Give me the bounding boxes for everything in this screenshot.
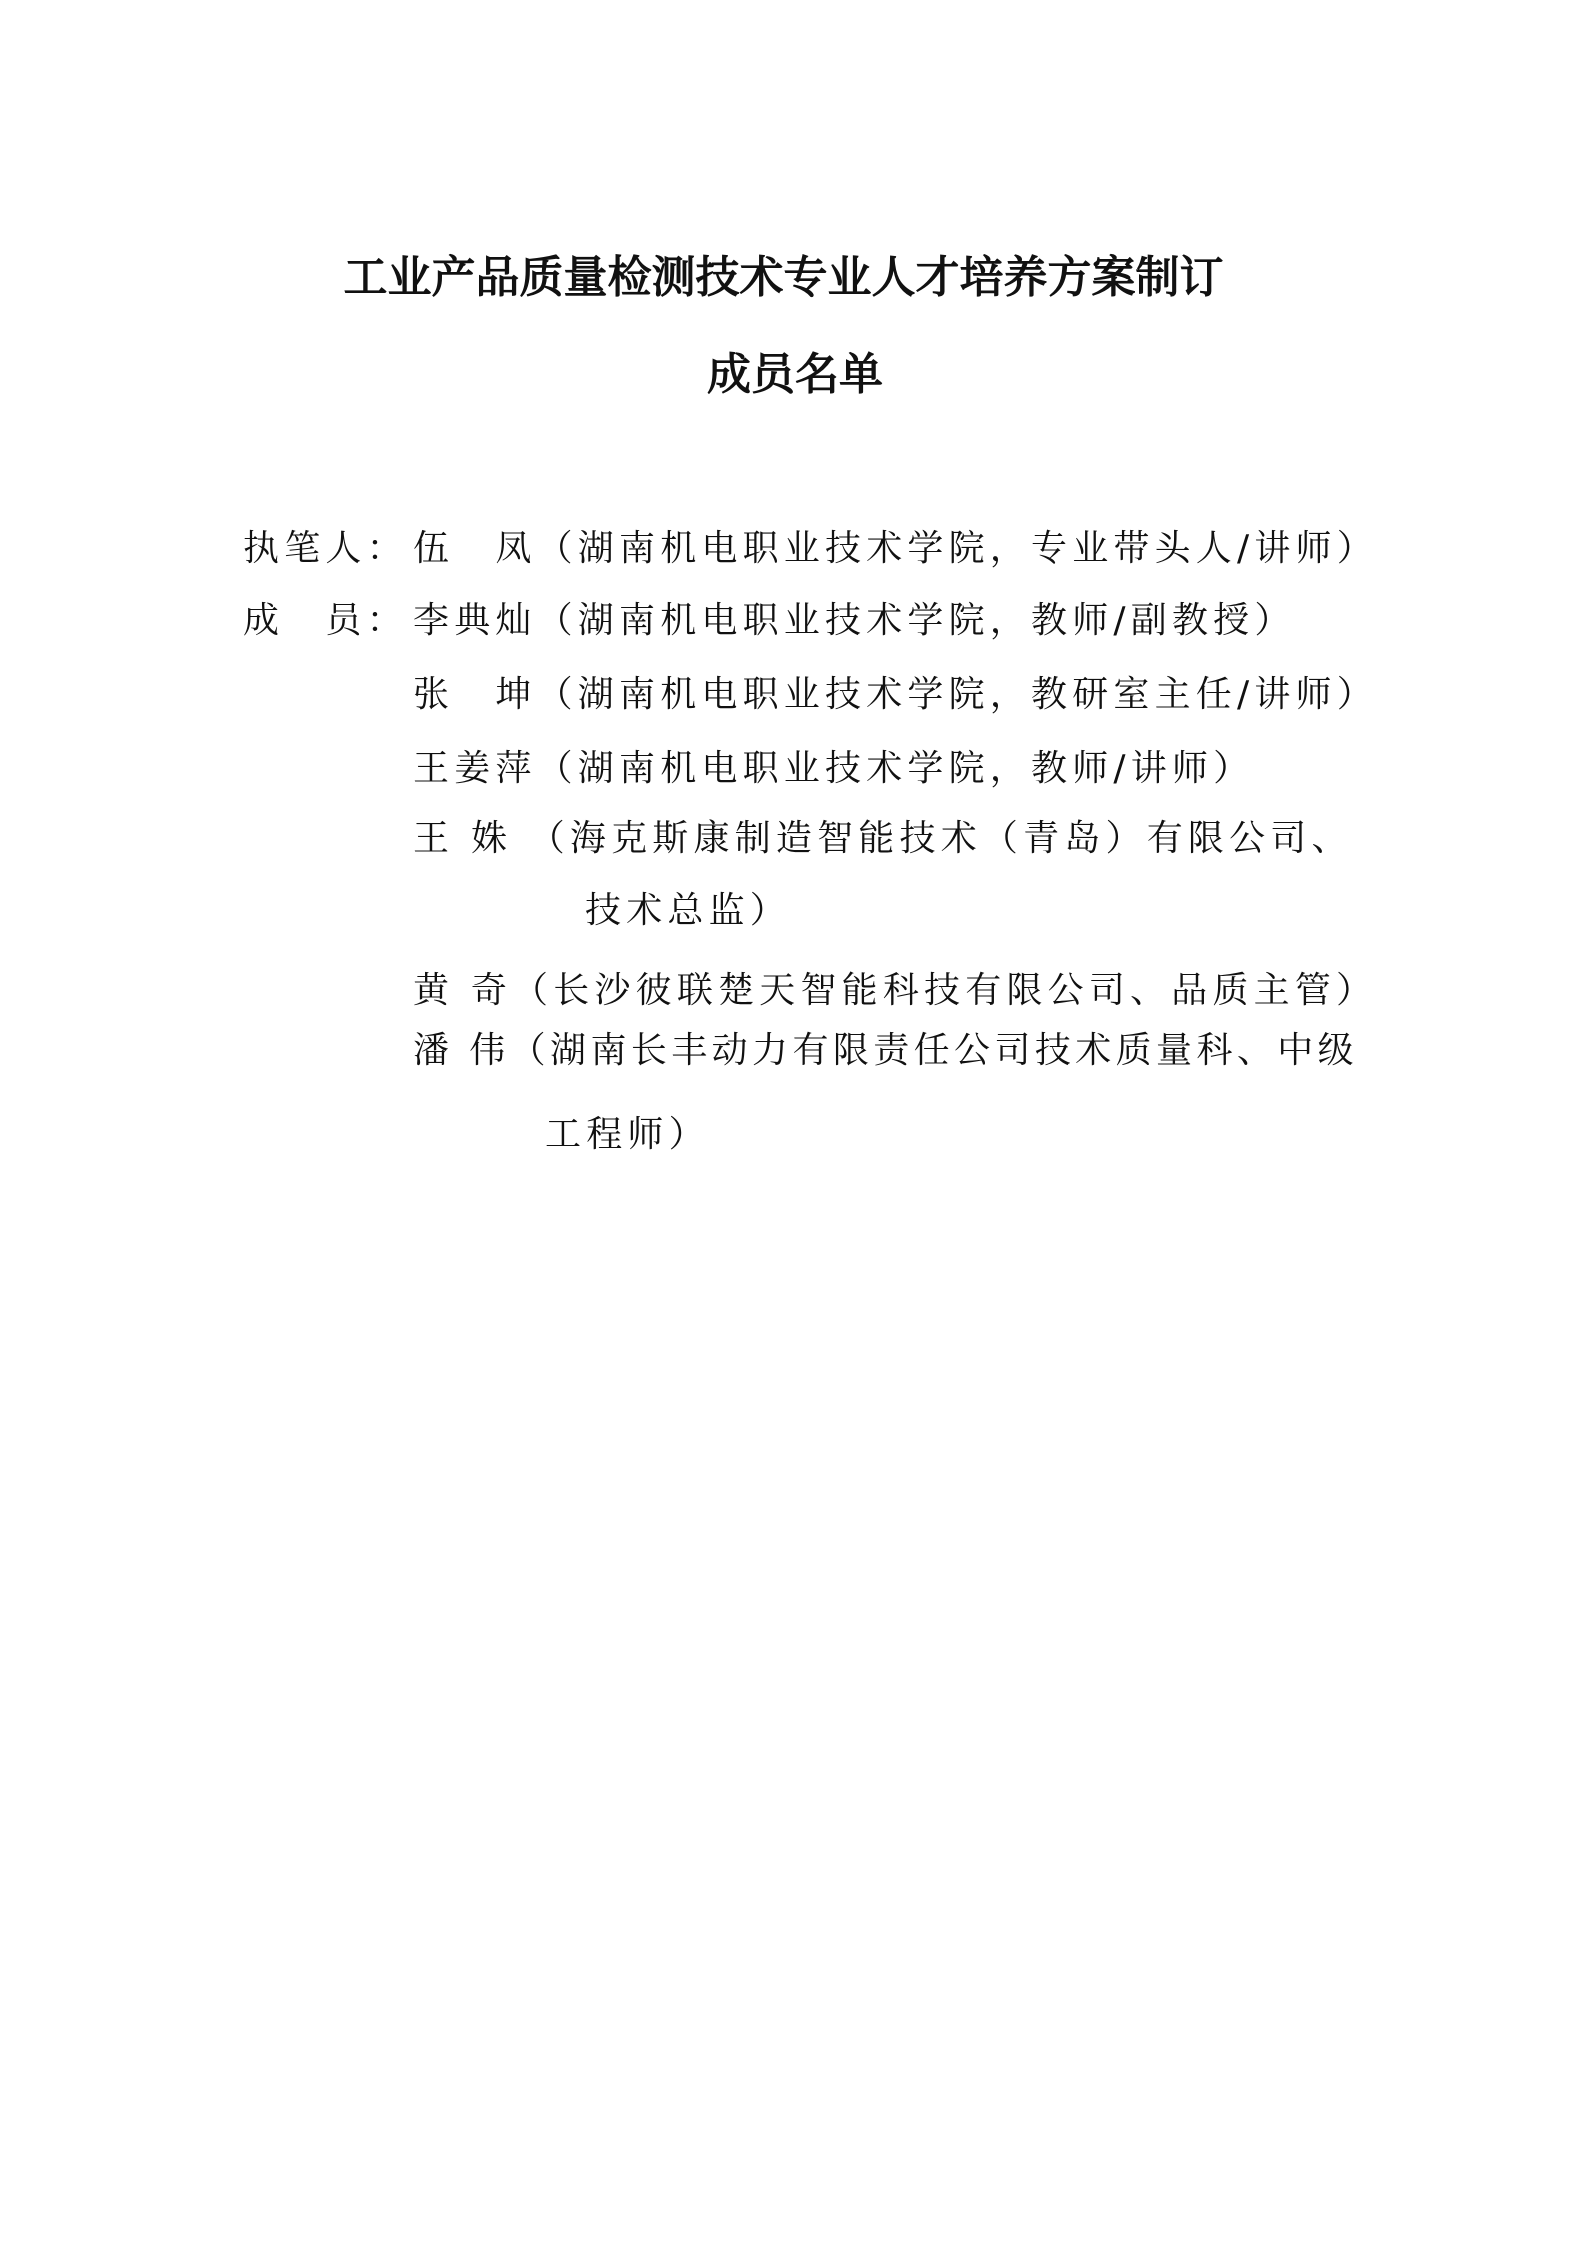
member-affiliation-continued: 技术总监） xyxy=(585,887,791,935)
member-affiliation: （湖南机电职业技术学院，教师/讲师） xyxy=(537,748,1255,789)
member-entry: 潘 伟（湖南长丰动力有限责任公司技术质量科、中级 xyxy=(413,1027,1358,1075)
member-name: 王姜萍 xyxy=(413,748,537,789)
author-label: 执笔人： xyxy=(243,525,409,573)
member-name: 黄 奇 xyxy=(413,970,512,1011)
member-entry: 黄 奇（长沙彼联楚天智能科技有限公司、品质主管） xyxy=(413,967,1377,1015)
document-title: 工业产品质量检测技术专业人才培养方案制订 xyxy=(0,248,1577,308)
member-entry: 李典灿（湖南机电职业技术学院，教师/副教授） xyxy=(413,597,1296,645)
member-entry: 王姜萍（湖南机电职业技术学院，教师/讲师） xyxy=(413,745,1254,793)
member-entry: 王 姝 （海克斯康制造智能技术（青岛）有限公司、 xyxy=(413,815,1353,863)
member-affiliation: （海克斯康制造智能技术（青岛）有限公司、 xyxy=(529,818,1353,859)
member-affiliation: （湖南机电职业技术学院，教研室主任/讲师） xyxy=(537,674,1378,715)
member-affiliation: （湖南机电职业技术学院，专业带头人/讲师） xyxy=(537,528,1378,569)
member-affiliation: （湖南机电职业技术学院，教师/副教授） xyxy=(537,600,1296,641)
author-entry: 伍 凤（湖南机电职业技术学院，专业带头人/讲师） xyxy=(413,525,1378,573)
member-name: 伍 凤 xyxy=(413,528,537,569)
members-label: 成 员： xyxy=(243,597,409,645)
member-affiliation: （长沙彼联楚天智能科技有限公司、品质主管） xyxy=(512,970,1377,1011)
member-affiliation-continued: 工程师） xyxy=(545,1111,710,1159)
member-entry: 张 坤（湖南机电职业技术学院，教研室主任/讲师） xyxy=(413,671,1378,719)
member-affiliation: （湖南长丰动力有限责任公司技术质量科、中级 xyxy=(510,1030,1358,1071)
member-name: 潘 伟 xyxy=(413,1030,510,1071)
member-name: 张 坤 xyxy=(413,674,537,715)
member-name: 王 姝 xyxy=(413,818,529,859)
document-page: 工业产品质量检测技术专业人才培养方案制订 成员名单 执笔人： 伍 凤（湖南机电职… xyxy=(0,0,1587,2245)
document-subtitle: 成员名单 xyxy=(80,345,1510,405)
member-name: 李典灿 xyxy=(413,600,537,641)
